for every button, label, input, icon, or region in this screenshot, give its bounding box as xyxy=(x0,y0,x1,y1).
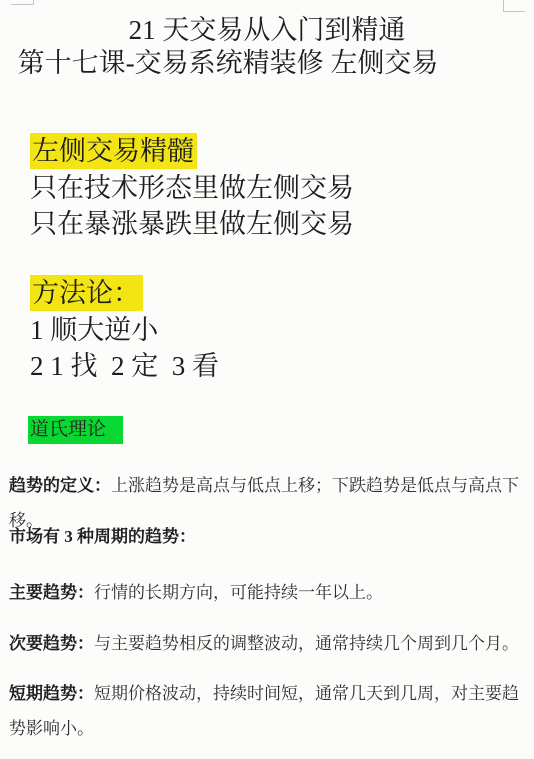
paragraph-primary-trend: 主要趋势：行情的长期方向，可能持续一年以上。 xyxy=(9,575,523,610)
paragraph-label: 市场有 3 种周期的趋势： xyxy=(9,527,196,546)
paragraph-label: 短期趋势： xyxy=(9,684,94,703)
methodology-heading-highlight: 方法论： xyxy=(30,275,143,311)
paragraph-text: 行情的长期方向，可能持续一年以上。 xyxy=(94,583,383,602)
document-title-line-2: 第十七课-交易系统精装修 左侧交易 xyxy=(0,46,456,80)
paragraph-short-term-trend: 短期趋势：短期价格波动，持续时间短，通常几天到几周，对主要趋势影响小。 xyxy=(9,676,523,746)
essence-heading-highlight: 左侧交易精髓 xyxy=(30,133,197,169)
paragraph-label: 次要趋势： xyxy=(9,634,94,653)
methodology-item-line: 2 1 找 2 定 3 看 xyxy=(30,348,219,384)
essence-rule-line: 只在暴涨暴跌里做左侧交易 xyxy=(30,206,354,242)
dow-theory-heading-highlight: 道氏理论 xyxy=(28,416,123,444)
document-page: 21 天交易从入门到精通 第十七课-交易系统精装修 左侧交易 左侧交易精髓 只在… xyxy=(0,0,534,759)
paragraph-label: 主要趋势： xyxy=(9,583,94,602)
paragraph-secondary-trend: 次要趋势：与主要趋势相反的调整波动，通常持续几个周到几个月。 xyxy=(9,626,523,661)
methodology-item-line: 1 顺大逆小 xyxy=(30,312,158,348)
paragraph-text: 与主要趋势相反的调整波动，通常持续几个周到几个月。 xyxy=(94,634,519,653)
document-title-line-1: 21 天交易从入门到精通 xyxy=(0,13,534,47)
essence-section-heading: 左侧交易精髓 xyxy=(30,133,197,169)
essence-rule-line: 只在技术形态里做左侧交易 xyxy=(30,170,354,206)
crop-mark-top-left-horizontal xyxy=(11,4,34,5)
paragraph-label: 趋势的定义： xyxy=(9,476,111,495)
dow-theory-section-heading: 道氏理论 xyxy=(28,416,123,444)
paragraph-market-cycles: 市场有 3 种周期的趋势： xyxy=(9,519,523,554)
methodology-section-heading: 方法论： xyxy=(30,275,143,311)
crop-mark-top-left-vertical xyxy=(33,0,34,5)
crop-mark-top-right-horizontal xyxy=(503,11,525,12)
